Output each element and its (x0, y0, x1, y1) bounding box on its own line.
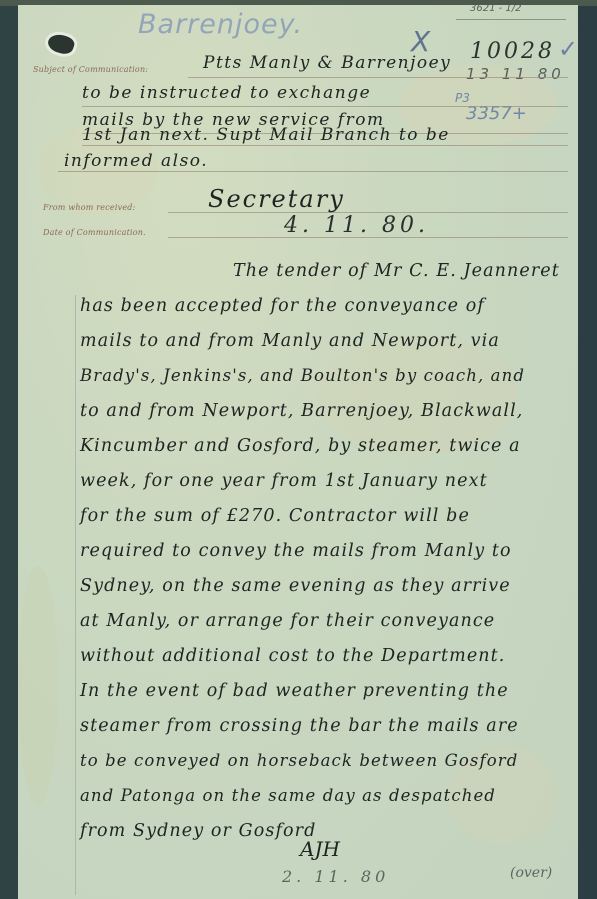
body-line-10: Sydney, on the same evening as they arri… (80, 576, 511, 596)
body-line-2: has been accepted for the conveyance of (80, 296, 485, 316)
subject-rule (82, 106, 568, 107)
date-value: 4. 11. 80. (284, 213, 429, 238)
margin-rule (75, 295, 76, 895)
subject-rule (82, 145, 568, 146)
subject-line-2: to be instructed to exchange (82, 83, 371, 103)
body-line-7: week, for one year from 1st January next (80, 471, 488, 491)
registry-number: 10028 (470, 39, 555, 64)
body-line-14: steamer from crossing the bar the mails … (80, 716, 519, 736)
body-line-5: to and from Newport, Barrenjoey, Blackwa… (80, 401, 523, 421)
over-note: (over) (510, 865, 552, 881)
subject-rule (188, 77, 568, 78)
signature: AJH (300, 837, 340, 861)
subject-line-4: 1st Jan next. Supt Mail Branch to be (82, 125, 450, 145)
registry-tick: ✓ (558, 35, 578, 63)
from-label: From whom received: (43, 203, 135, 212)
subject-label: Subject of Communication: (33, 65, 148, 74)
body-line-4: Brady's, Jenkins's, and Boulton's by coa… (80, 366, 525, 385)
body-line-16: and Patonga on the same day as despatche… (80, 786, 496, 805)
background-right (578, 0, 597, 899)
paper-stain (18, 565, 58, 805)
body-line-17: from Sydney or Gosford (80, 821, 316, 841)
date-label: Date of Communication. (43, 228, 146, 237)
registry-date: 13 11 80 (466, 65, 565, 83)
blue-pencil-heading: Barrenjoey. (138, 9, 303, 40)
background-left (0, 0, 18, 899)
body-line-1: The tender of Mr C. E. Jeanneret (233, 261, 560, 281)
punched-hole (46, 31, 76, 56)
subject-line-5: informed also. (64, 151, 208, 171)
document-page: 3621 - 1/2 Barrenjoey. X 10028 ✓ 13 11 8… (18, 5, 578, 899)
top-reference-underline (456, 19, 566, 20)
subject-line-1: Ptts Manly & Barrenjoey (203, 53, 451, 73)
signature-date: 2. 11. 80 (282, 867, 389, 886)
body-line-13: In the event of bad weather preventing t… (80, 681, 509, 701)
body-line-12: without additional cost to the Departmen… (80, 646, 505, 666)
top-reference: 3621 - 1/2 (470, 5, 522, 14)
body-line-15: to be conveyed on horseback between Gosf… (80, 751, 518, 770)
body-line-11: at Manly, or arrange for their conveyanc… (80, 611, 495, 631)
subject-rule (58, 171, 568, 172)
body-line-8: for the sum of £270. Contractor will be (80, 506, 470, 526)
body-line-3: mails to and from Manly and Newport, via (80, 331, 500, 351)
body-line-6: Kincumber and Gosford, by steamer, twice… (80, 436, 521, 456)
body-line-9: required to convey the mails from Manly … (80, 541, 512, 561)
from-value: Secretary (208, 185, 345, 213)
